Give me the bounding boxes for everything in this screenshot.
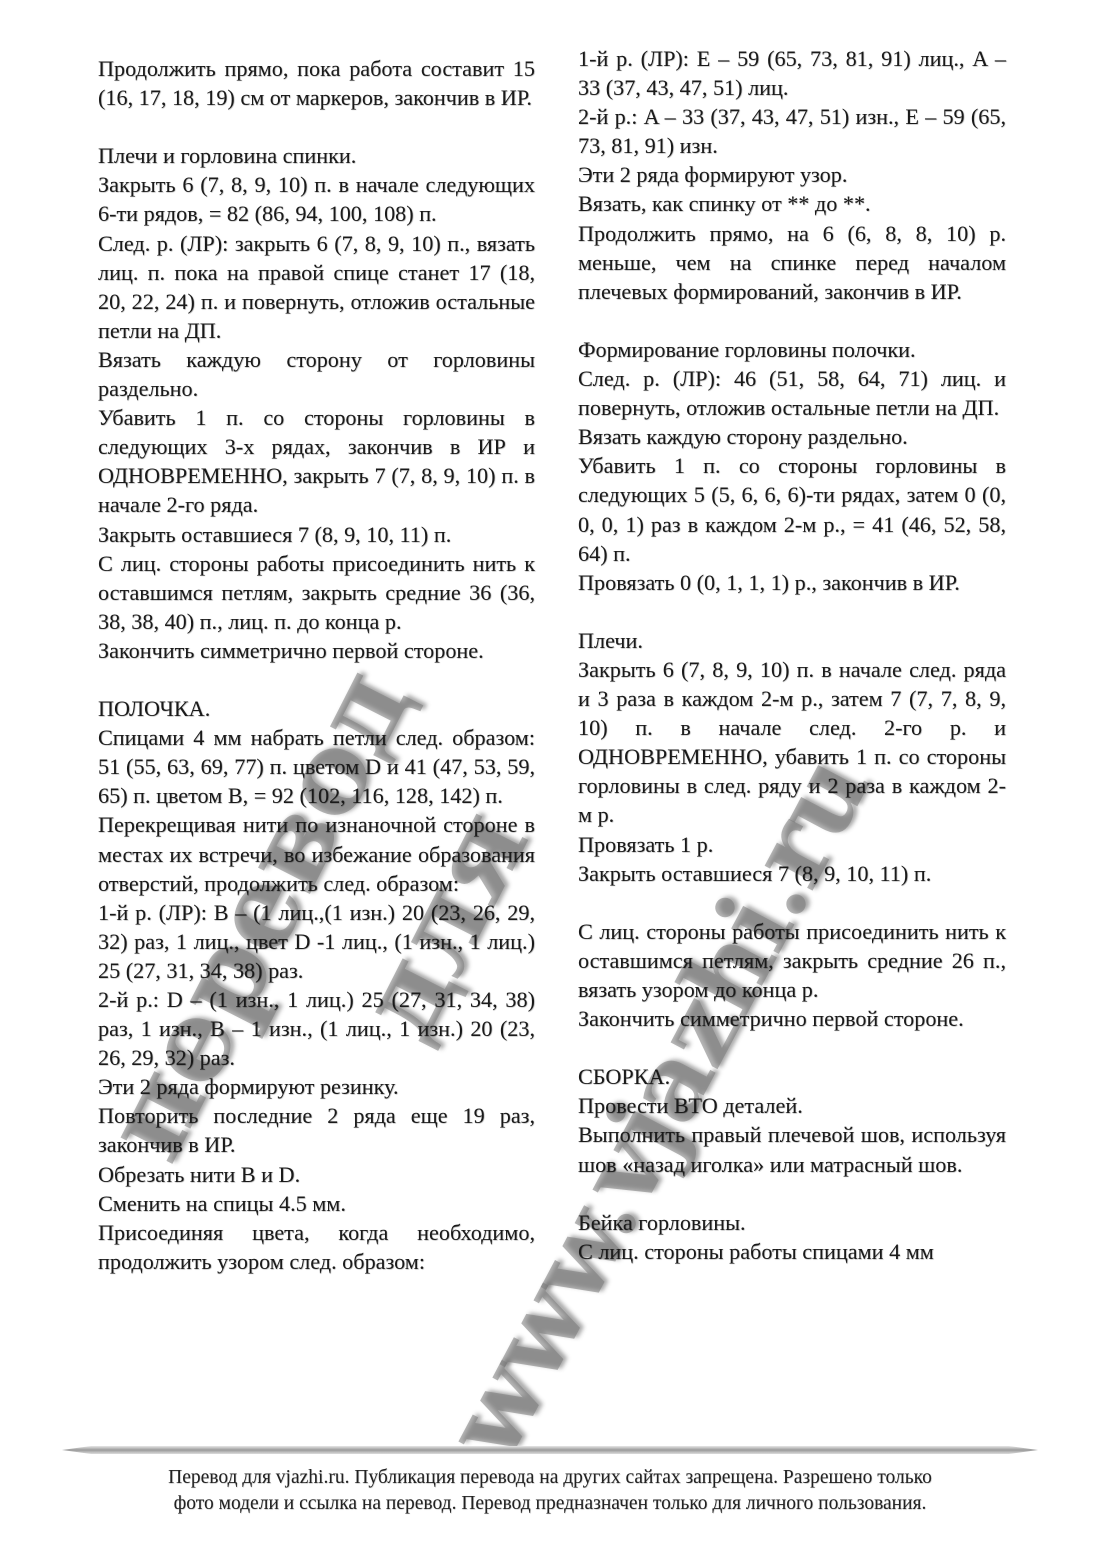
footer-line-1: Перевод для vjazhi.ru. Публикация перево… bbox=[60, 1465, 1040, 1491]
paragraph: С лиц. стороны работы присоединить нить … bbox=[578, 917, 1006, 1004]
paragraph: С лиц. стороны работы присоединить нить … bbox=[98, 549, 535, 636]
document-page: перевод для www.vjazhi.ru Продолжить пря… bbox=[0, 0, 1100, 1558]
footer-notice: Перевод для vjazhi.ru. Публикация перево… bbox=[60, 1465, 1040, 1517]
paragraph: Вязать каждую сторону от горловины разде… bbox=[98, 345, 535, 403]
paragraph: Плечи и горловина спинки. bbox=[98, 141, 535, 170]
paragraph: Провязать 0 (0, 1, 1, 1) р., закончив в … bbox=[578, 568, 1006, 597]
paragraph: Закончить симметрично первой стороне. bbox=[578, 1004, 1006, 1033]
paragraph: Присоединяя цвета, когда необходимо, про… bbox=[98, 1218, 535, 1276]
paragraph: С лиц. стороны работы спицами 4 мм bbox=[578, 1237, 1006, 1266]
paragraph: Повторить последние 2 ряда еще 19 раз, з… bbox=[98, 1101, 535, 1159]
paragraph-spacer bbox=[578, 1033, 1006, 1062]
paragraph: Убавить 1 п. со стороны горловины в след… bbox=[98, 403, 535, 519]
paragraph: Закрыть 6 (7, 8, 9, 10) п. в начале след… bbox=[578, 655, 1006, 830]
left-text-column: Продолжить прямо, пока работа составит 1… bbox=[98, 54, 535, 1276]
paragraph: СБОРКА. bbox=[578, 1062, 1006, 1091]
paragraph: 1-й р. (ЛР): E – 59 (65, 73, 81, 91) лиц… bbox=[578, 44, 1006, 102]
paragraph: Выполнить правый плечевой шов, используя… bbox=[578, 1120, 1006, 1178]
paragraph-spacer bbox=[578, 888, 1006, 917]
paragraph: Провести ВТО деталей. bbox=[578, 1091, 1006, 1120]
paragraph: ПОЛОЧКА. bbox=[98, 694, 535, 723]
paragraph: Эти 2 ряда формируют резинку. bbox=[98, 1072, 535, 1101]
paragraph-spacer bbox=[98, 112, 535, 141]
paragraph: Продолжить прямо, пока работа составит 1… bbox=[98, 54, 535, 112]
paragraph: Плечи. bbox=[578, 626, 1006, 655]
paragraph: Перекрещивая нити по изнаночной стороне … bbox=[98, 810, 535, 897]
paragraph: Формирование горловины полочки. bbox=[578, 335, 1006, 364]
paragraph: Закрыть оставшиеся 7 (8, 9, 10, 11) п. bbox=[98, 520, 535, 549]
paragraph-spacer bbox=[578, 597, 1006, 626]
paragraph: След. р. (ЛР): 46 (51, 58, 64, 71) лиц. … bbox=[578, 364, 1006, 422]
paragraph: След. р. (ЛР): закрыть 6 (7, 8, 9, 10) п… bbox=[98, 229, 535, 345]
paragraph: Провязать 1 р. bbox=[578, 830, 1006, 859]
paragraph: Бейка горловины. bbox=[578, 1208, 1006, 1237]
paragraph: Закрыть оставшиеся 7 (8, 9, 10, 11) п. bbox=[578, 859, 1006, 888]
paragraph: Вязать каждую сторону раздельно. bbox=[578, 422, 1006, 451]
paragraph: Обрезать нити B и D. bbox=[98, 1160, 535, 1189]
paragraph: Эти 2 ряда формируют узор. bbox=[578, 160, 1006, 189]
paragraph: 1-й р. (ЛР): B – (1 лиц.,(1 изн.) 20 (23… bbox=[98, 898, 535, 985]
paragraph-spacer bbox=[578, 306, 1006, 335]
paragraph: Спицами 4 мм набрать петли след. образом… bbox=[98, 723, 535, 810]
right-text-column: 1-й р. (ЛР): E – 59 (65, 73, 81, 91) лиц… bbox=[578, 44, 1006, 1266]
paragraph: Закончить симметрично первой стороне. bbox=[98, 636, 535, 665]
paragraph-spacer bbox=[578, 1179, 1006, 1208]
paragraph: Сменить на спицы 4.5 мм. bbox=[98, 1189, 535, 1218]
paragraph: Вязать, как спинку от ** до **. bbox=[578, 189, 1006, 218]
footer-line-2: фото модели и ссылка на перевод. Перевод… bbox=[60, 1491, 1040, 1517]
paragraph: Продолжить прямо, на 6 (6, 8, 8, 10) р. … bbox=[578, 219, 1006, 306]
paragraph: 2-й р.: A – 33 (37, 43, 47, 51) изн., E … bbox=[578, 102, 1006, 160]
footer-divider bbox=[62, 1446, 1038, 1454]
paragraph: Убавить 1 п. со стороны горловины в след… bbox=[578, 451, 1006, 567]
paragraph: 2-й р.: D – (1 изн., 1 лиц.) 25 (27, 31,… bbox=[98, 985, 535, 1072]
paragraph-spacer bbox=[98, 665, 535, 694]
paragraph: Закрыть 6 (7, 8, 9, 10) п. в начале след… bbox=[98, 170, 535, 228]
